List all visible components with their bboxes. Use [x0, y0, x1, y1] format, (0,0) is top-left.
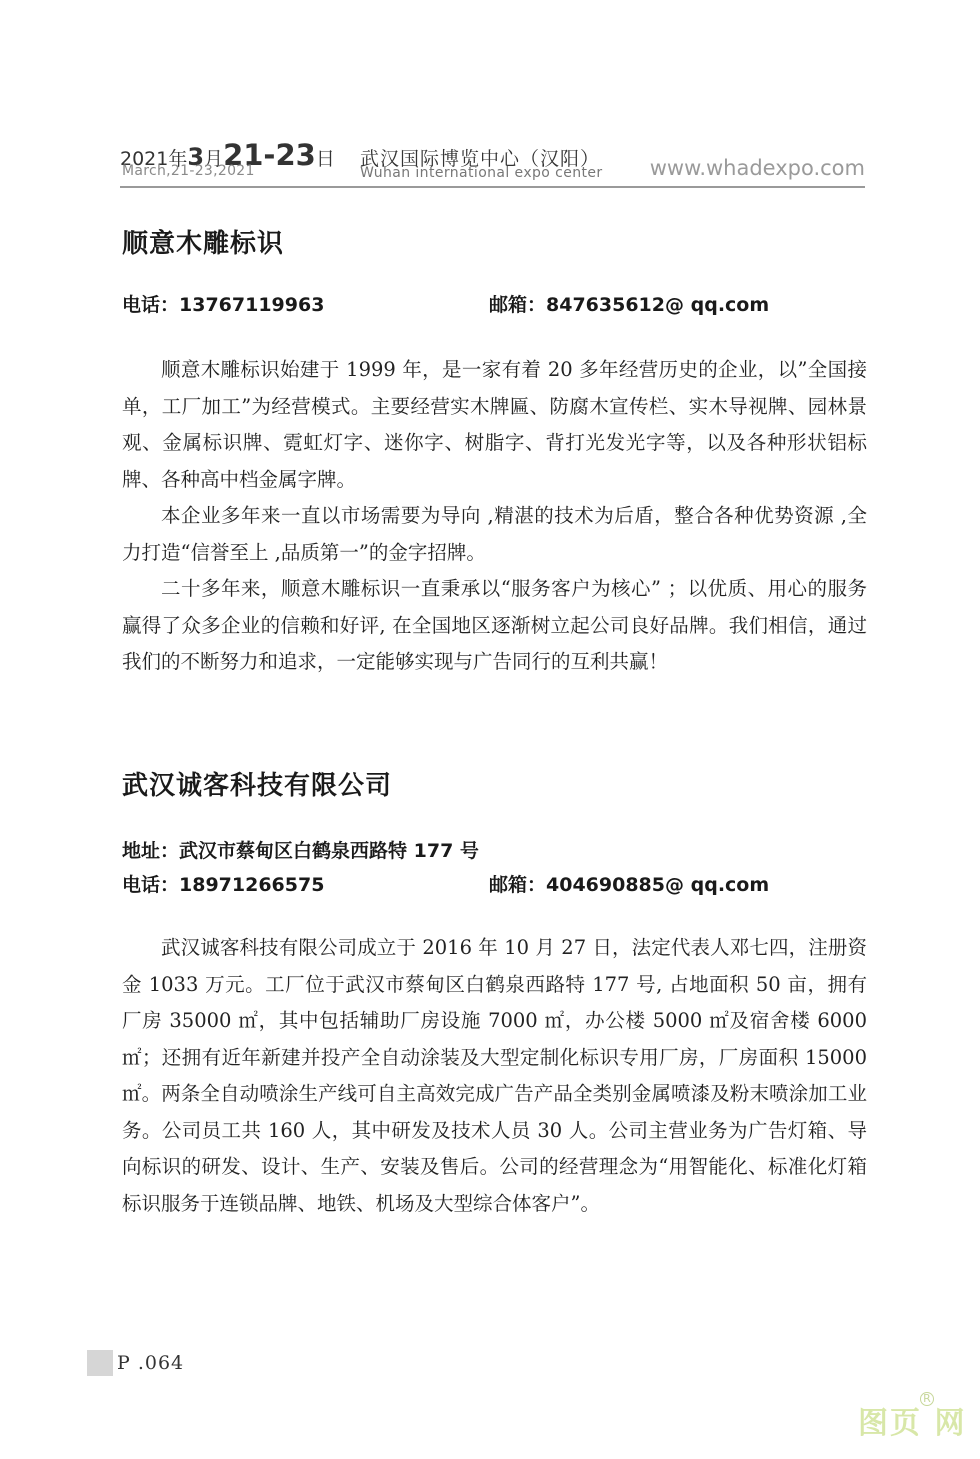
phone-line: 电话：18971266575 — [122, 870, 324, 897]
company-description: 顺意木雕标识始建于 1999 年，是一家有着 20 多年经营历史的企业，以”全国… — [122, 352, 867, 681]
watermark-logo: 图页 网 R — [858, 1398, 966, 1442]
page-header: 2021年3月21-23日 March,21-23,2021 武汉国际博览中心（… — [120, 138, 865, 190]
company-title: 顺意木雕标识 — [122, 223, 284, 260]
page-number: P .064 — [117, 1352, 184, 1374]
email-value: 847635612@ qq.com — [546, 294, 769, 316]
email-label: 邮箱： — [489, 874, 546, 896]
phone-label: 电话： — [122, 874, 179, 896]
watermark-text: 图页 网 — [858, 1398, 966, 1442]
email-line: 邮箱：404690885@ qq.com — [489, 870, 769, 897]
paragraph: 本企业多年来一直以市场需要为导向 ,精湛的技术为后盾，整合各种优势资源 ,全力打… — [122, 498, 867, 571]
phone-line: 电话：13767119963 — [122, 290, 324, 317]
date-day-suffix: 日 — [316, 148, 335, 170]
event-date-english: March,21-23,2021 — [122, 163, 255, 179]
address-line: 地址：武汉市蔡甸区白鹤泉西路特 177 号 — [122, 836, 479, 863]
page-footer: P .064 — [87, 1350, 184, 1376]
phone-value: 18971266575 — [179, 874, 324, 896]
paragraph: 顺意木雕标识始建于 1999 年，是一家有着 20 多年经营历史的企业，以”全国… — [122, 352, 867, 498]
venue-name-english: Wuhan international expo center — [360, 165, 603, 181]
phone-value: 13767119963 — [179, 294, 324, 316]
email-label: 邮箱： — [489, 294, 546, 316]
email-value: 404690885@ qq.com — [546, 874, 769, 896]
company-description: 武汉诚客科技有限公司成立于 2016 年 10 月 27 日，法定代表人邓七四，… — [122, 930, 867, 1222]
header-divider — [120, 186, 865, 188]
address-value: 武汉市蔡甸区白鹤泉西路特 177 号 — [179, 840, 479, 862]
email-line: 邮箱：847635612@ qq.com — [489, 290, 769, 317]
company-title: 武汉诚客科技有限公司 — [122, 765, 392, 802]
paragraph: 武汉诚客科技有限公司成立于 2016 年 10 月 27 日，法定代表人邓七四，… — [122, 930, 867, 1222]
address-label: 地址： — [122, 840, 179, 862]
paragraph: 二十多年来，顺意木雕标识一直秉承以“服务客户为核心” ；以优质、用心的服务赢得了… — [122, 571, 867, 681]
website-url: www.whadexpo.com — [650, 156, 865, 180]
registered-mark-icon: R — [920, 1392, 934, 1406]
page-marker-box — [87, 1350, 113, 1376]
phone-label: 电话： — [122, 294, 179, 316]
